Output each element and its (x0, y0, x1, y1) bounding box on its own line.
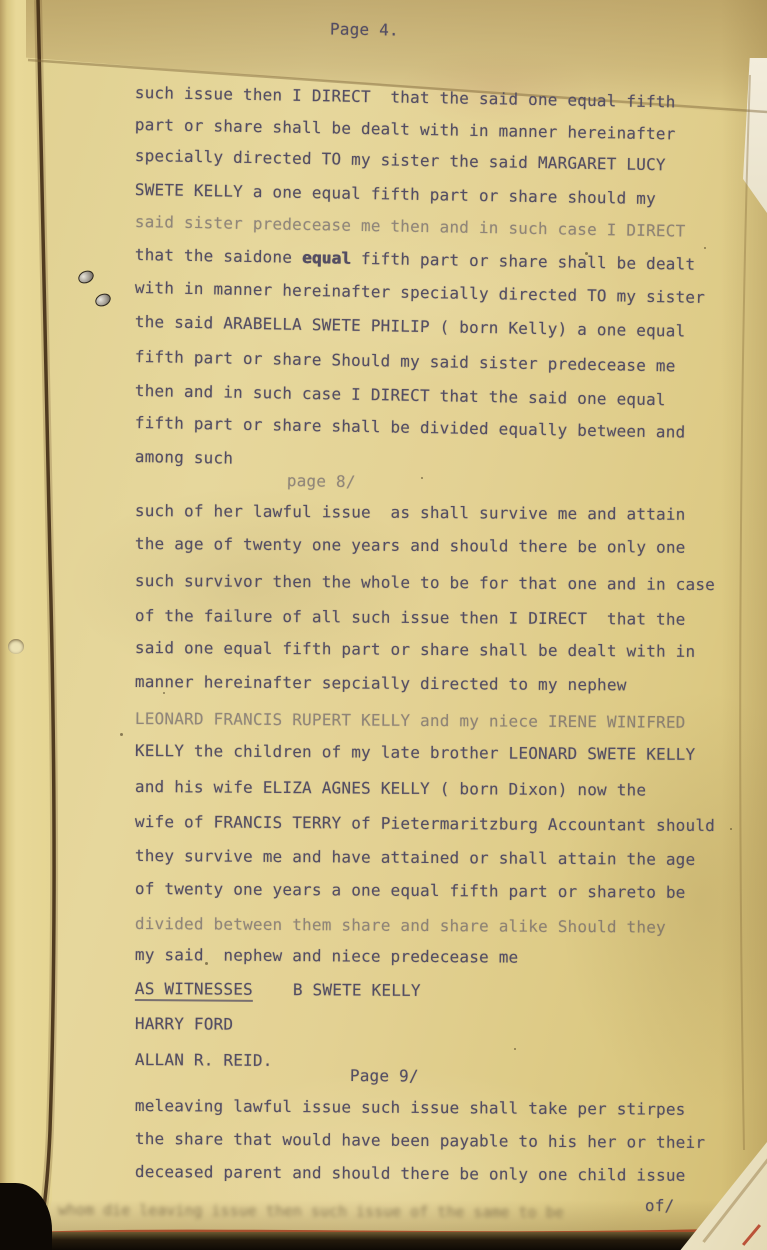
page-bottom-shadow (40, 1200, 767, 1232)
paper-speck (704, 247, 706, 249)
text-line-20: LEONARD FRANCIS RUPERT KELLY and my niec… (135, 709, 686, 732)
text-line-31: Page 9/ (350, 1066, 419, 1085)
right-crease-line (740, 75, 750, 1150)
text-line-29: HARRY FORD (135, 1014, 233, 1034)
paper-speck (163, 692, 165, 694)
paper-speck (514, 1048, 516, 1050)
text-line-33: the share that would have been payable t… (135, 1129, 705, 1152)
text-line-19: manner hereinafter sepcially directed to… (135, 672, 627, 694)
page-number-heading: Page 4. (330, 20, 399, 40)
scanned-document-page: Page 4. such issue then I DIRECT that th… (0, 0, 767, 1250)
text-line-27: my said nephew and niece predecease me (135, 945, 519, 967)
text-line-24: they survive me and have attained or sha… (135, 846, 696, 869)
text-line-15: the age of twenty one years and should t… (135, 534, 686, 557)
text-line-16: such survivor then the whole to be for t… (135, 571, 715, 594)
punch-hole (8, 639, 24, 654)
text-line-25: of twenty one years a one equal fifth pa… (135, 879, 686, 902)
paper-speck (730, 828, 732, 830)
text-line-26: divided between them share and share ali… (135, 914, 666, 937)
paper-speck (421, 477, 423, 479)
overstruck-word: equal (302, 248, 351, 268)
text-line-23: wife of FRANCIS TERRY of Pietermaritzbur… (135, 812, 715, 835)
text-line-34: deceased parent and should there be only… (135, 1162, 686, 1185)
text-line-21: KELLY the children of my late brother LE… (135, 741, 696, 764)
text-line-22: and his wife ELIZA AGNES KELLY ( born Di… (135, 777, 646, 800)
text-line-30: ALLAN R. REID. (135, 1050, 273, 1070)
paper-speck (205, 962, 208, 965)
paper-speck (585, 252, 588, 255)
paper-speck (120, 733, 123, 736)
text-line-17: of the failure of all such issue then I … (135, 606, 686, 629)
text-line-28: AS WITNESSESB SWETE KELLY (135, 979, 421, 1000)
bottom-dark-edge (0, 1232, 767, 1250)
text-line-14: such of her lawful issue as shall surviv… (135, 501, 686, 524)
text-line-32: meleaving lawful issue such issue shall … (135, 1096, 686, 1119)
witness-signature: B SWETE KELLY (293, 980, 421, 1000)
text-line-13: page 8/ (287, 471, 356, 491)
text-line-12: among such (135, 447, 234, 468)
text-line-18: said one equal fifth part or share shall… (135, 638, 696, 661)
underlined-witness-label: AS WITNESSES (135, 979, 253, 1002)
binding-seam-soft (38, 0, 54, 1235)
